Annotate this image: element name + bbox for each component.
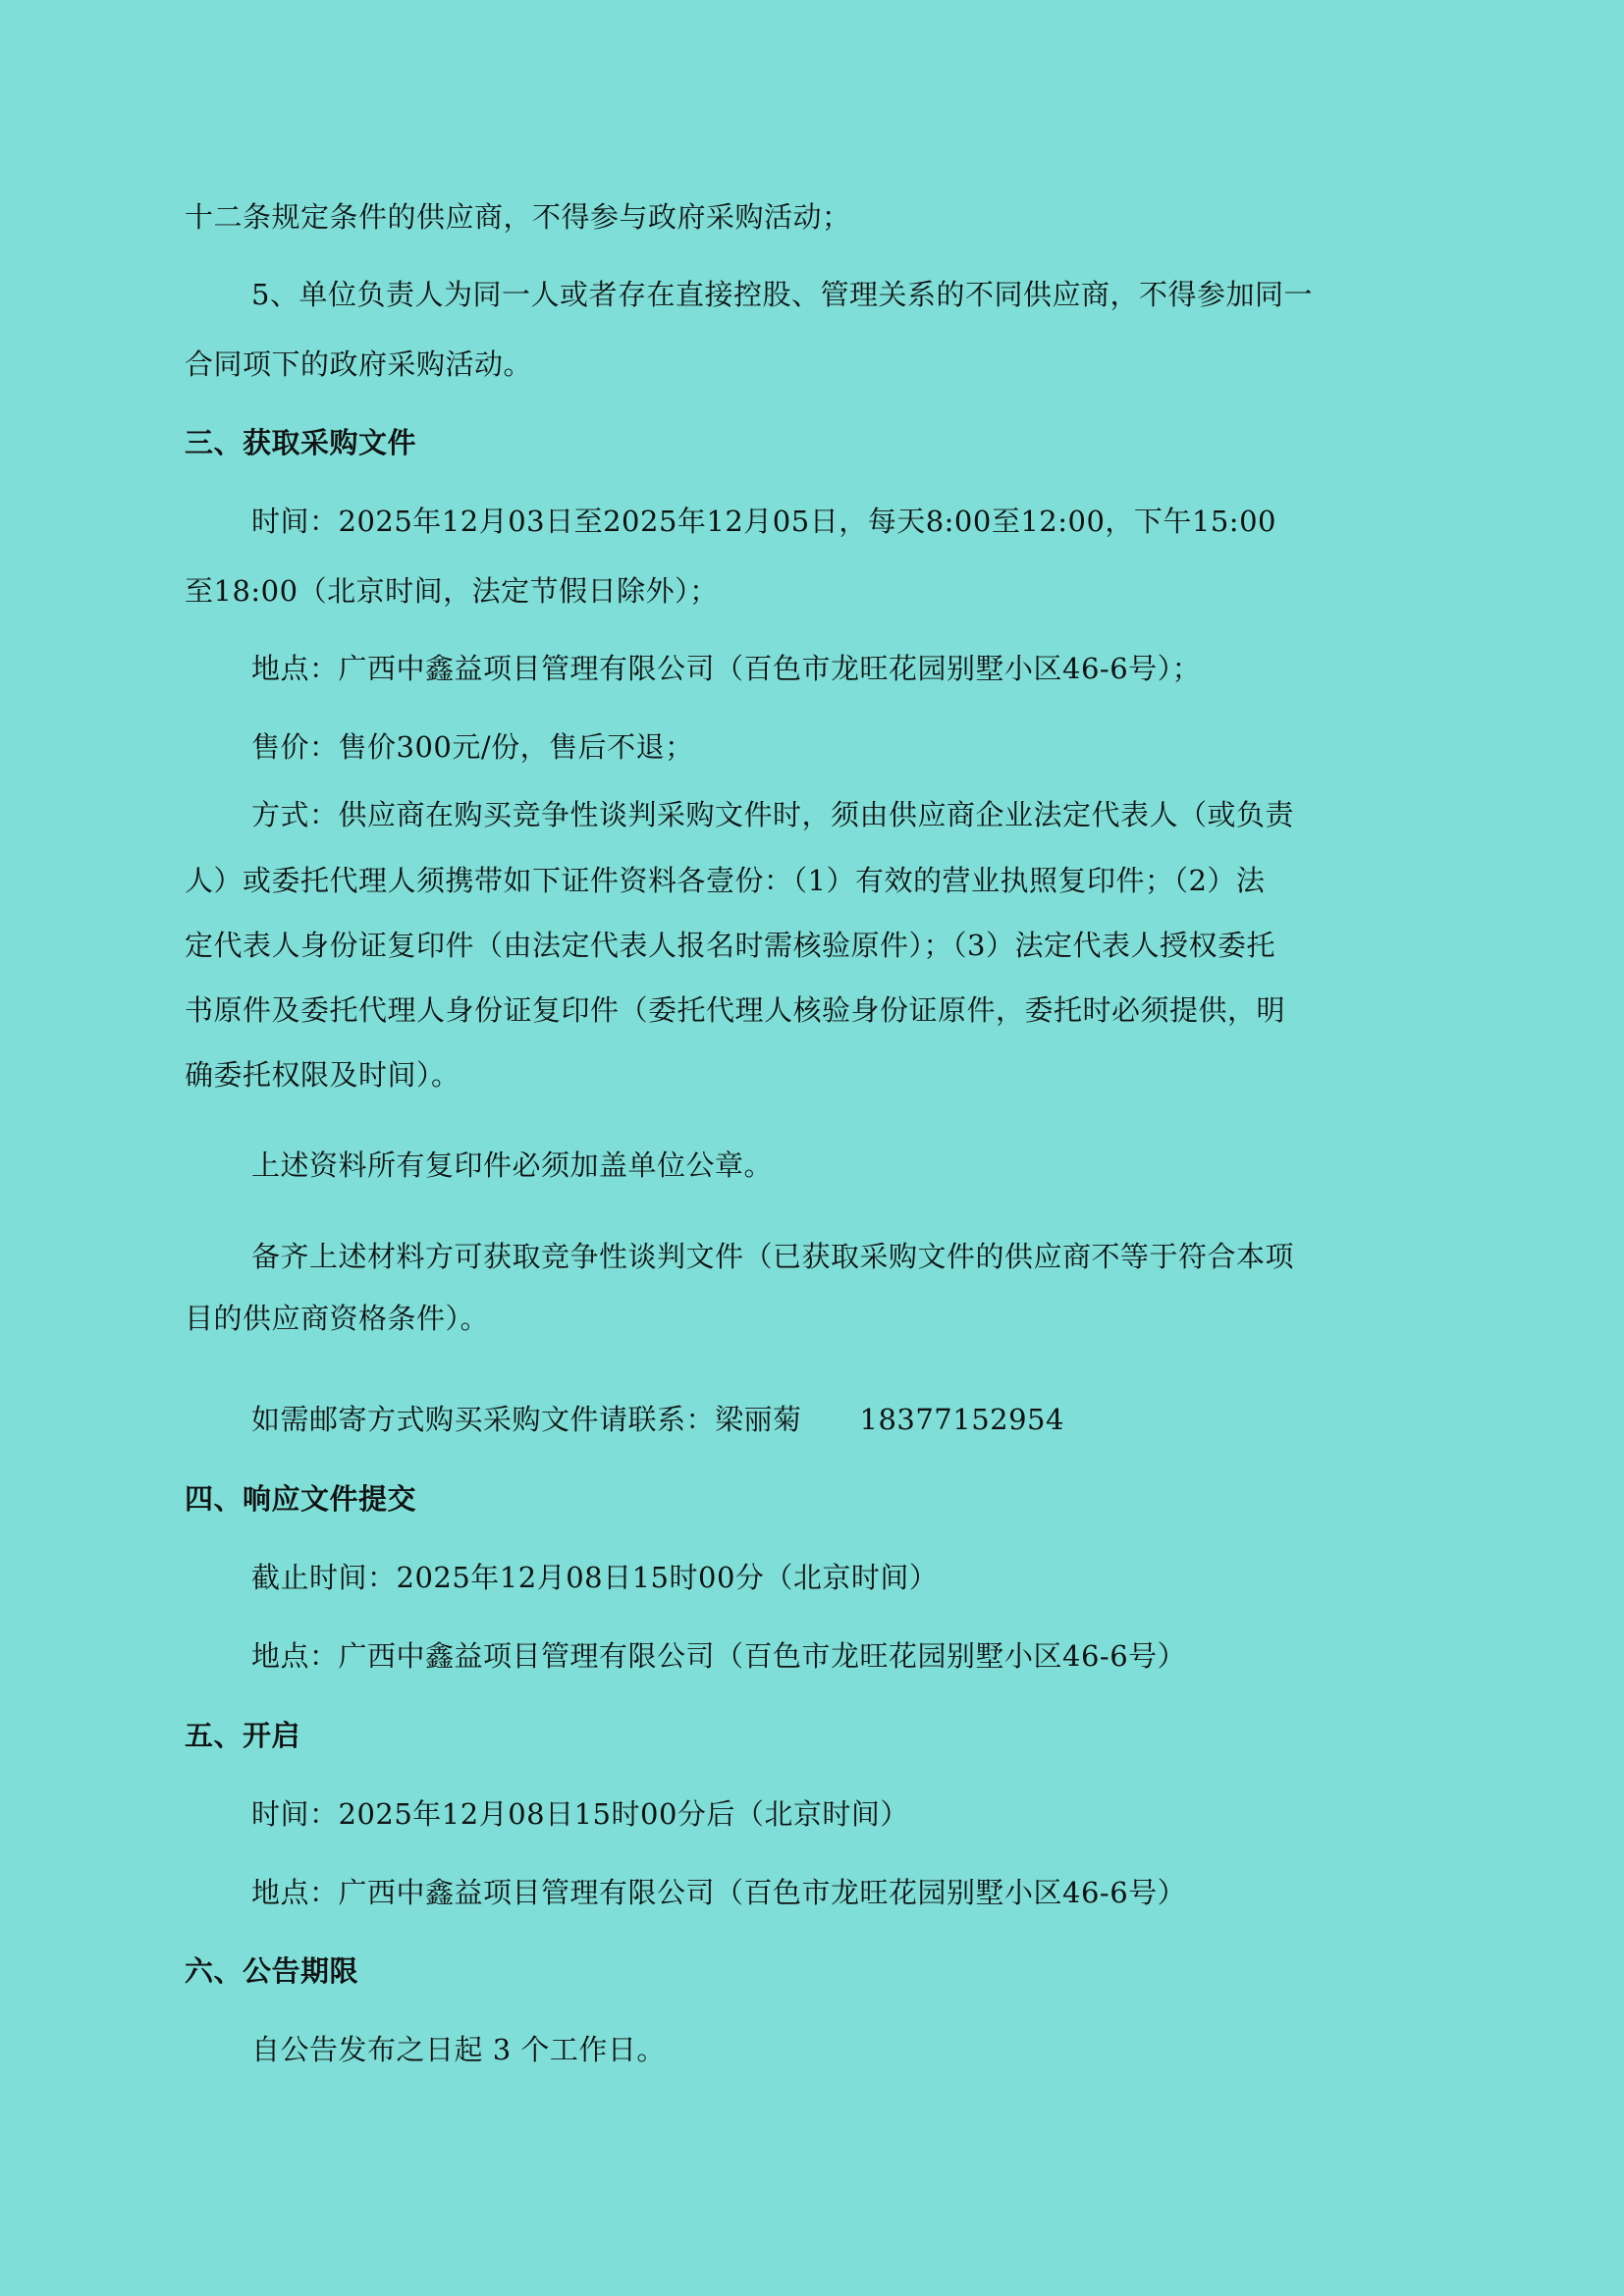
section-heading-5: 五、开启 (185, 1719, 300, 1752)
paragraph-line: 书原件及委托代理人身份证复印件（委托代理人核验身份证原件，委托时必须提供，明 (185, 993, 1285, 1027)
paragraph-line: 地点：广西中鑫益项目管理有限公司（百色市龙旺花园别墅小区46-6号） (251, 1876, 1186, 1909)
paragraph-line: 售价：售价300元/份，售后不退； (251, 730, 694, 764)
paragraph-line: 合同项下的政府采购活动。 (185, 347, 532, 381)
paragraph-line: 定代表人身份证复印件（由法定代表人报名时需核验原件）；（3）法定代表人授权委托 (185, 929, 1275, 962)
paragraph-line: 方式：供应商在购买竞争性谈判采购文件时，须由供应商企业法定代表人（或负责 (251, 798, 1294, 831)
paragraph-line: 人）或委托代理人须携带如下证件资料各壹份：（1）有效的营业执照复印件；（2）法 (185, 864, 1265, 897)
paragraph-line: 截止时间：2025年12月08日15时00分（北京时间） (251, 1561, 938, 1594)
paragraph-line: 时间：2025年12月08日15时00分后（北京时间） (251, 1797, 909, 1831)
section-heading-4: 四、响应文件提交 (185, 1482, 416, 1516)
paragraph-line: 地点：广西中鑫益项目管理有限公司（百色市龙旺花园别墅小区46-6号）； (251, 652, 1201, 685)
section-heading-6: 六、公告期限 (185, 1954, 358, 1988)
paragraph-line: 自公告发布之日起 3 个工作日。 (251, 2033, 666, 2066)
paragraph-line: 十二条规定条件的供应商，不得参与政府采购活动； (185, 200, 851, 234)
paragraph-line: 目的供应商资格条件）。 (185, 1302, 489, 1335)
section-heading-3: 三、获取采购文件 (185, 426, 416, 459)
paragraph-line: 时间：2025年12月03日至2025年12月05日，每天8:00至12:00，… (251, 505, 1276, 538)
paragraph-line: 至18:00（北京时间，法定节假日除外）； (185, 574, 719, 608)
contact-line: 如需邮寄方式购买采购文件请联系：梁丽菊 18377152954 (251, 1403, 1064, 1436)
paragraph-line: 5、单位负责人为同一人或者存在直接控股、管理关系的不同供应商，不得参加同一 (251, 278, 1313, 311)
paragraph-line: 上述资料所有复印件必须加盖单位公章。 (251, 1148, 773, 1182)
paragraph-line: 确委托权限及时间）。 (185, 1058, 460, 1092)
paragraph-line: 备齐上述材料方可获取竞争性谈判文件（已获取采购文件的供应商不等于符合本项 (251, 1240, 1294, 1273)
paragraph-line: 地点：广西中鑫益项目管理有限公司（百色市龙旺花园别墅小区46-6号） (251, 1639, 1186, 1673)
